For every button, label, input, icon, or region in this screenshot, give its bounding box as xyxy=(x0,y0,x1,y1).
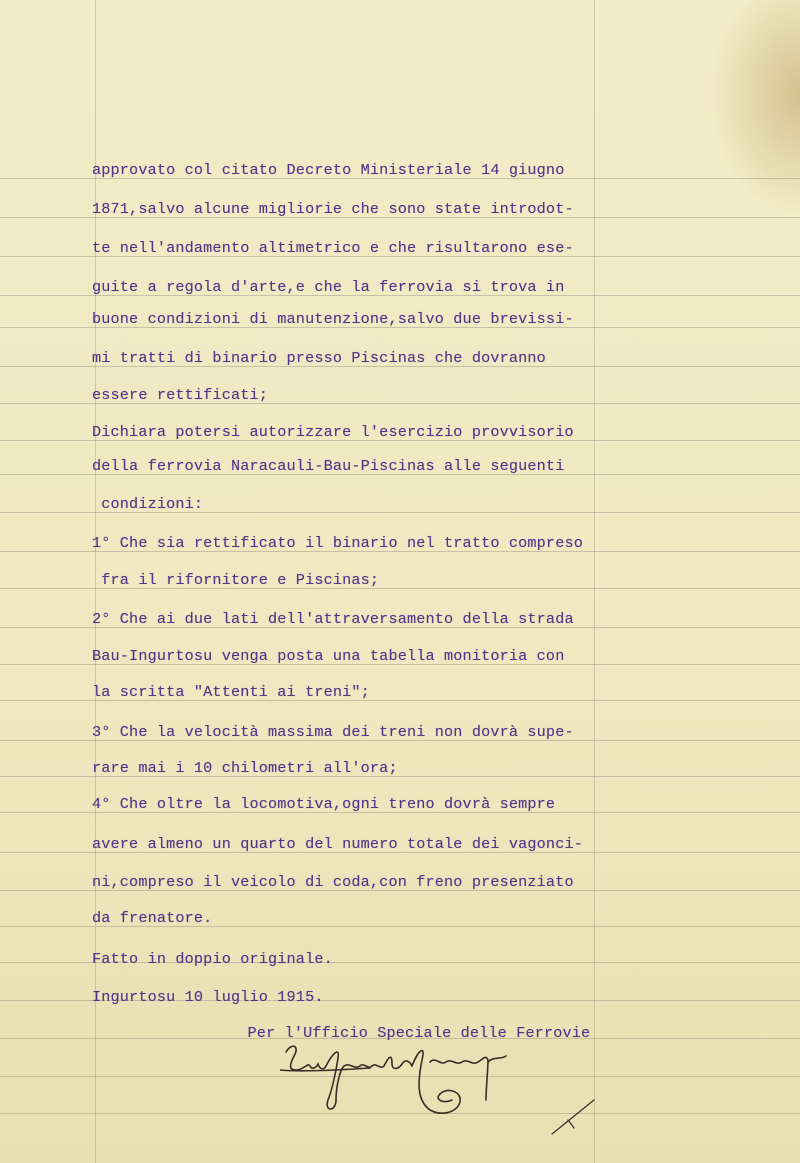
text-line: ni,compreso il veicolo di coda,con freno… xyxy=(92,873,574,891)
text-line: della ferrovia Naracauli-Bau-Piscinas al… xyxy=(92,457,564,475)
text-line: da frenatore. xyxy=(92,909,212,927)
text-line: 2° Che ai due lati dell'attraversamento … xyxy=(92,610,574,628)
pencil-mark-icon xyxy=(548,1098,598,1138)
text-line: approvato col citato Decreto Ministerial… xyxy=(92,161,564,179)
text-line: 3° Che la velocità massima dei treni non… xyxy=(92,723,574,741)
text-line: 4° Che oltre la locomotiva,ogni treno do… xyxy=(92,795,555,813)
text-line: Fatto in doppio originale. xyxy=(92,950,333,968)
text-line: 1871,salvo alcune migliorie che sono sta… xyxy=(92,200,574,218)
text-line: rare mai i 10 chilometri all'ora; xyxy=(92,759,398,777)
margin-line xyxy=(594,0,595,1163)
text-line: mi tratti di binario presso Piscinas che… xyxy=(92,349,546,367)
text-line: fra il rifornitore e Piscinas; xyxy=(92,571,379,589)
text-line: avere almeno un quarto del numero totale… xyxy=(92,835,583,853)
text-line: te nell'andamento altimetrico e che risu… xyxy=(92,239,574,257)
text-line: Dichiara potersi autorizzare l'esercizio… xyxy=(92,423,574,441)
text-line: buone condizioni di manutenzione,salvo d… xyxy=(92,310,574,328)
text-line: la scritta "Attenti ai treni"; xyxy=(92,683,370,701)
text-line: 1° Che sia rettificato il binario nel tr… xyxy=(92,534,583,552)
text-line: essere rettificati; xyxy=(92,386,268,404)
text-line: condizioni: xyxy=(92,495,203,513)
paper-sheet: approvato col citato Decreto Ministerial… xyxy=(0,0,800,1163)
text-line: guite a regola d'arte,e che la ferrovia … xyxy=(92,278,564,296)
text-line: Bau-Ingurtosu venga posta una tabella mo… xyxy=(92,647,564,665)
text-line: Ingurtosu 10 luglio 1915. xyxy=(92,988,324,1006)
signature-icon xyxy=(280,1040,530,1125)
